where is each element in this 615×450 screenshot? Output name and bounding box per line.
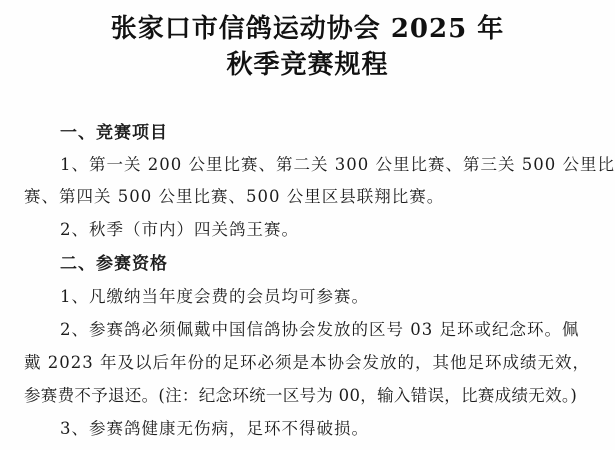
paragraph-line: 1、第一关 200 公里比赛、第二关 300 公里比赛、第三关 500 公里比 [60, 151, 615, 175]
document-page: 张家口市信鸽运动协会 2025 年 秋季竞赛规程 一、竞赛项目 1、第一关 20… [0, 0, 615, 450]
paragraph-line: 戴 2023 年及以后年份的足环必须是本协会发放的，其他足环成绩无效， [24, 349, 590, 373]
paragraph-line: 3、参赛鸽健康无伤病，足环不得破损。 [60, 415, 369, 439]
section-heading-eligibility: 二、参赛资格 [60, 249, 168, 274]
paragraph-line: 赛、第四关 500 公里比赛、500 公里区县联翔比赛。 [24, 183, 444, 207]
paragraph-line: 2、参赛鸽必须佩戴中国信鸽协会发放的区号 03 足环或纪念环。佩 [60, 316, 579, 340]
paragraph-line: 1、凡缴纳当年度会费的会员均可参赛。 [60, 283, 369, 307]
section-heading-competition-events: 一、竞赛项目 [60, 118, 168, 143]
document-title-line2: 秋季竞赛规程 [0, 44, 615, 81]
paragraph-line: 2、秋季（市内）四关鸽王赛。 [60, 216, 299, 240]
document-title-line1: 张家口市信鸽运动协会 2025 年 [0, 8, 615, 45]
paragraph-line: 参赛费不予退还。(注：纪念环统一区号为 00，输入错误，比赛成绩无效。) [24, 382, 577, 406]
